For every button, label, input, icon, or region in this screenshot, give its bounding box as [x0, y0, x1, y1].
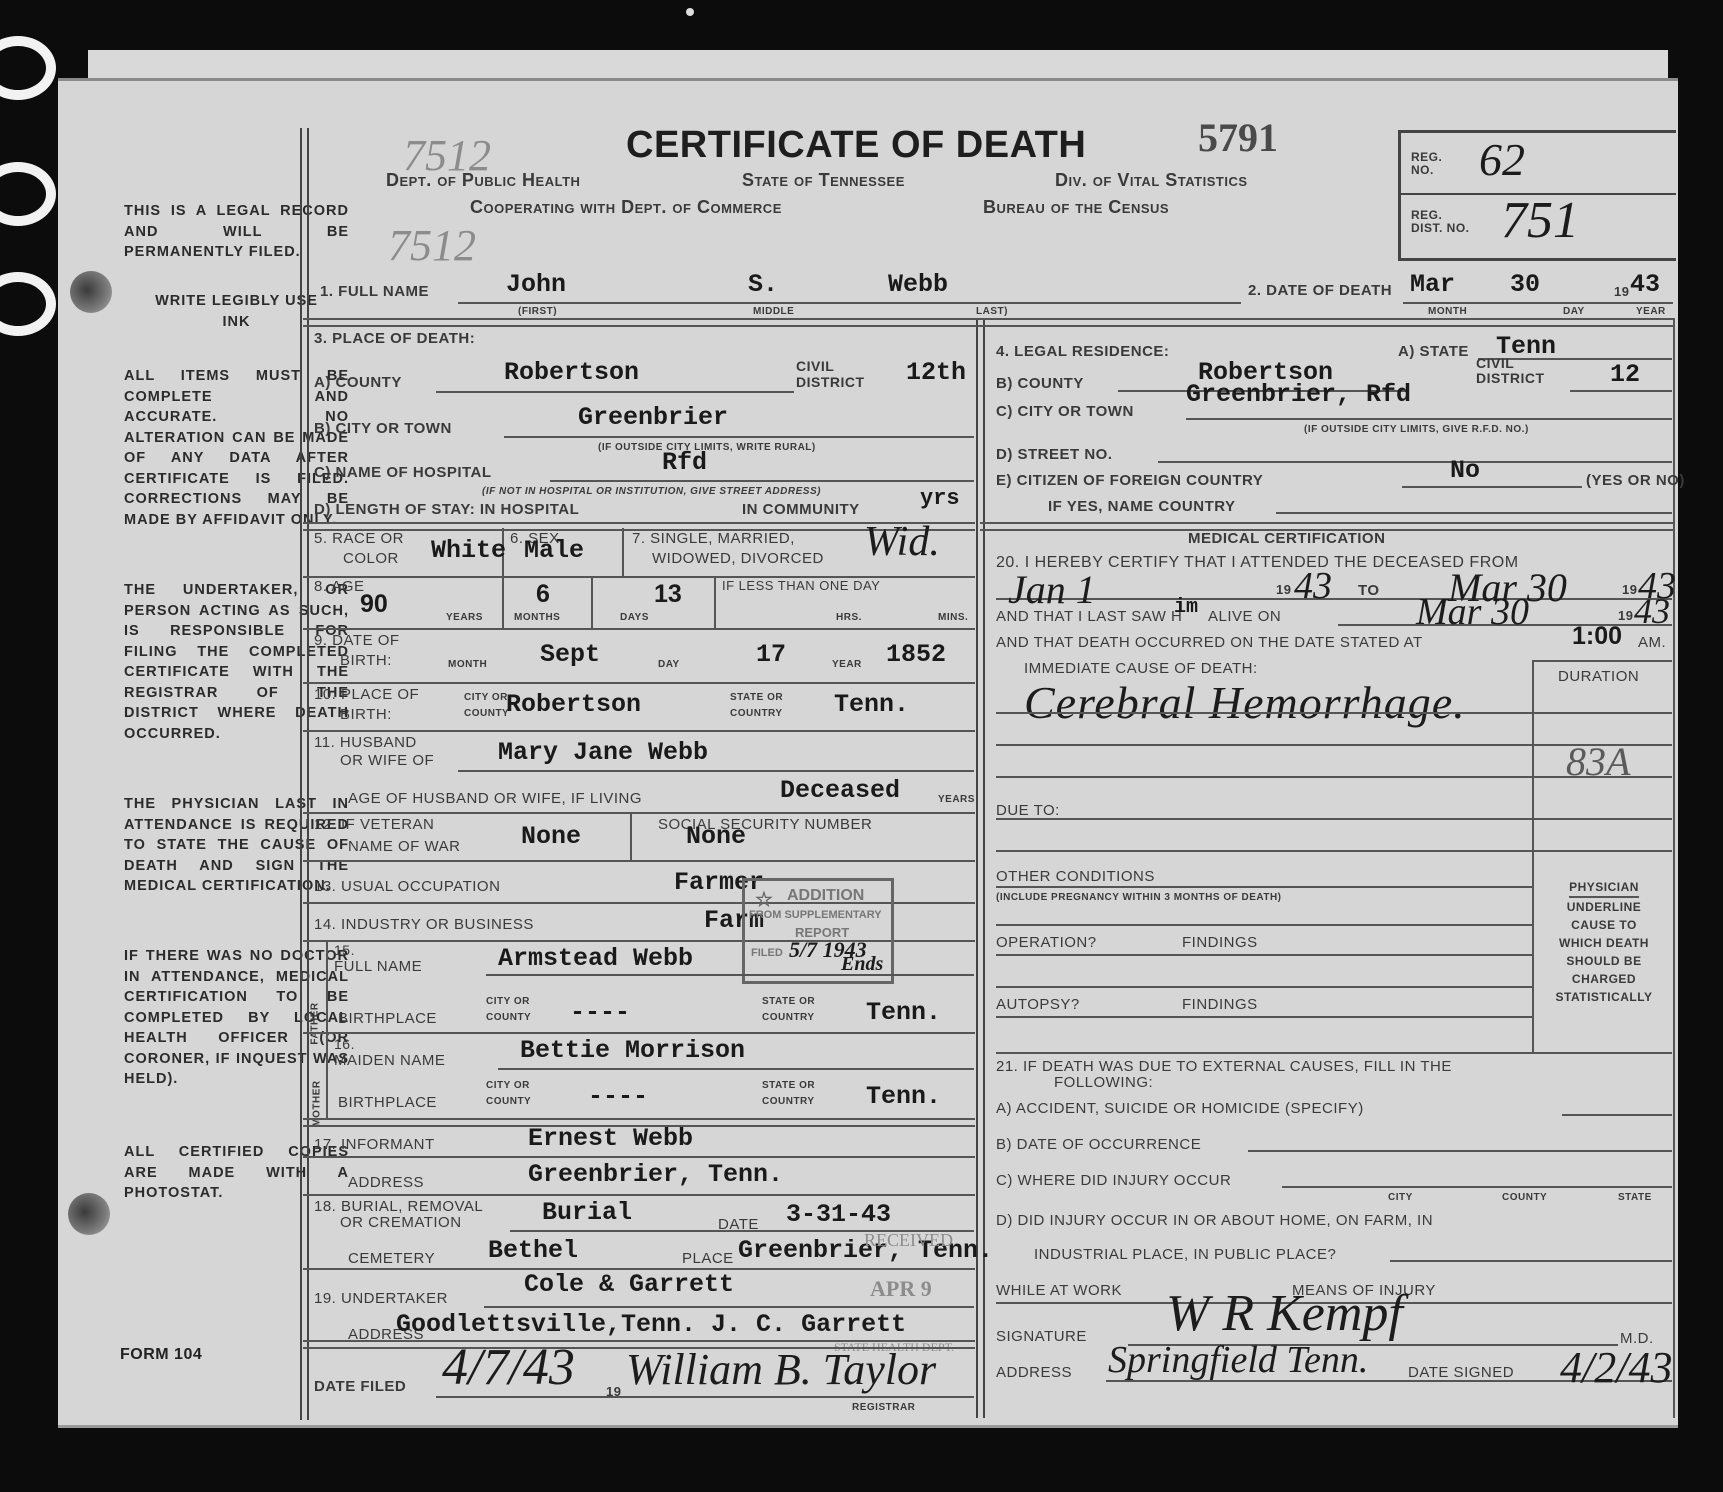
external-causes-label-2: FOLLOWING: [1054, 1074, 1153, 1091]
burial-label-1: 18. BURIAL, REMOVAL [314, 1198, 483, 1215]
due-to-label: DUE TO: [996, 802, 1060, 819]
burial-date-label: DATE [718, 1216, 759, 1233]
reg-dist-label: REG. DIST. NO. [1411, 209, 1471, 235]
addition-supplementary-stamp: ☆ ADDITION FROM SUPPLEMENTARY REPORT FIL… [742, 878, 894, 984]
marital-label-1: 7. SINGLE, MARRIED, [632, 530, 795, 547]
marital-label-2: WIDOWED, DIVORCED [652, 550, 824, 567]
burial-date: 3-31-43 [786, 1200, 891, 1229]
date-signed-label: DATE SIGNED [1408, 1364, 1514, 1381]
note-line: STATISTICALLY [1536, 988, 1672, 1006]
month-label: MONTH [1428, 306, 1467, 317]
film-dot [686, 8, 694, 16]
citizen-foreign-value: No [1450, 456, 1480, 485]
first-label: (FIRST) [518, 306, 557, 317]
received-label: RECEIVED [864, 1230, 953, 1251]
punch-hole [70, 271, 112, 313]
note-line: CHARGED [1536, 970, 1672, 988]
last-saw-year: 43 [1634, 590, 1670, 632]
physician-underline-note: PHYSICIAN UNDERLINE CAUSE TO WHICH DEATH… [1536, 878, 1672, 1006]
reg-no: 62 [1479, 133, 1525, 186]
undertaker-value: Cole & Garrett [524, 1270, 734, 1299]
cause-line-10 [996, 1016, 1532, 1018]
physician-address-label: ADDRESS [996, 1364, 1072, 1381]
to-label: TO [1358, 582, 1380, 599]
cemetery-label: CEMETERY [348, 1250, 435, 1267]
death-city: Greenbrier [578, 403, 728, 432]
external-causes-label-1: 21. IF DEATH WAS DUE TO EXTERNAL CAUSES,… [996, 1058, 1452, 1075]
father-name-line [486, 974, 974, 976]
county-label: A) COUNTY [314, 374, 402, 391]
name-country-label: IF YES, NAME COUNTRY [1048, 498, 1236, 515]
last-saw-date: Mar 30 [1416, 590, 1529, 634]
row-rule [303, 730, 975, 732]
dob-day: 17 [756, 640, 786, 669]
hrs-label: HRS. [836, 612, 862, 623]
street-no-line [1158, 461, 1672, 463]
spouse-years-label: YEARS [938, 794, 975, 805]
row-rule [303, 628, 975, 630]
age-months: 6 [536, 580, 550, 609]
form-number: FORM 104 [120, 1346, 202, 1364]
name-country-line [1276, 512, 1672, 514]
yes-or-no-label: (YES OR NO) [1586, 472, 1685, 489]
row-rule [303, 1194, 975, 1196]
father-state: Tenn. [866, 998, 941, 1027]
operation-label: OPERATION? [996, 934, 1097, 951]
accident-label: A) ACCIDENT, SUICIDE OR HOMICIDE (SPECIF… [996, 1100, 1364, 1117]
cause-line-4 [996, 818, 1672, 820]
less-than-day-label: IF LESS THAN ONE DAY [722, 578, 880, 593]
reg-no-label: REG. NO. [1411, 151, 1451, 177]
accident-line [1562, 1114, 1672, 1116]
date-filed-year-prefix: 19 [606, 1384, 621, 1399]
note-line: CAUSE TO [1536, 916, 1672, 934]
mother-city: ---- [588, 1082, 648, 1111]
last-saw-label-b: ALIVE ON [1208, 608, 1281, 625]
dob-year-label: YEAR [832, 659, 862, 670]
year-label: YEAR [1636, 306, 1666, 317]
city-col-label: CITY [1388, 1192, 1413, 1203]
from-year-prefix: 19 [1276, 582, 1291, 597]
while-at-work-label: WHILE AT WORK [996, 1282, 1122, 1299]
registrar-label: REGISTRAR [852, 1402, 915, 1413]
father-name: Armstead Webb [498, 944, 693, 973]
death-year: 43 [1630, 270, 1660, 299]
dob-label-2: BIRTH: [340, 652, 392, 669]
sex-value: Male [524, 536, 584, 565]
where-injury-line [1282, 1186, 1672, 1188]
note-line: WHICH DEATH [1536, 934, 1672, 952]
back-sheet-edge [88, 50, 1668, 80]
length-of-stay-label: D) LENGTH OF STAY: IN HOSPITAL [314, 501, 579, 518]
father-state-label-1: STATE OR [762, 996, 815, 1007]
mother-city-label-2: COUNTY [486, 1096, 531, 1107]
marital-value: Wid. [864, 518, 940, 566]
date-filed-label: DATE FILED [314, 1378, 406, 1395]
death-month: Mar [1410, 270, 1455, 299]
date-of-death-line [1403, 302, 1673, 304]
civil-district-label: CIVIL DISTRICT [796, 358, 886, 390]
sidebar-legal-record: This is a legal record and will be perma… [124, 201, 349, 263]
physician-signature: W R Kempf [1166, 1284, 1403, 1343]
hospital-line [550, 480, 974, 482]
film-sprocket-hole [0, 36, 56, 100]
veteran-label-1: 12. IF VETERAN [314, 816, 434, 833]
father-state-label-2: COUNTRY [762, 1012, 815, 1023]
cause-line-8 [996, 954, 1532, 956]
death-occurred-label: AND THAT DEATH OCCURRED ON THE DATE STAT… [996, 634, 1423, 651]
state-col-label: STATE [1618, 1192, 1652, 1203]
veteran-label-2: NAME OF WAR [348, 838, 460, 855]
autopsy-findings-label: FINDINGS [1182, 996, 1258, 1013]
informant-label: 17. INFORMANT [314, 1136, 435, 1153]
death-time: 1:00 [1572, 622, 1622, 651]
date-occurrence-label: B) DATE OF OCCURRENCE [996, 1136, 1201, 1153]
note-line: SHOULD BE [1536, 952, 1672, 970]
pob-label-2: BIRTH: [340, 706, 392, 723]
cause-line-7 [996, 924, 1532, 926]
last-saw-label-a: AND THAT I LAST SAW H [996, 608, 1182, 625]
burial-value: Burial [542, 1198, 632, 1227]
residence-city-line [1186, 418, 1672, 420]
mins-label: MINS. [938, 612, 968, 623]
attended-from: Jan 1 [1008, 566, 1096, 613]
residence-civil-district-line [1570, 390, 1672, 392]
county-line [436, 391, 794, 393]
immediate-cause: Cerebral Hemorrhage. [1024, 676, 1466, 729]
informant-address-label: ADDRESS [348, 1174, 424, 1191]
undertaker-address: Goodlettsville,Tenn. J. C. Garrett [396, 1310, 906, 1339]
place-of-death-label: 3. PLACE OF DEATH: [314, 330, 475, 347]
cell-divider [591, 576, 593, 628]
div-vital-statistics: Div. of Vital Statistics [1055, 170, 1248, 191]
cause-line-1 [996, 712, 1672, 714]
immediate-cause-label: IMMEDIATE CAUSE OF DEATH: [1024, 660, 1258, 677]
pob-city-label-2: COUNTY [464, 708, 509, 719]
duration-column-divider [1532, 660, 1534, 1052]
spouse-age-label: AGE OF HUSBAND OR WIFE, IF LIVING [348, 790, 642, 807]
father-name-label: FULL NAME [334, 958, 422, 975]
ssn-value: None [686, 822, 746, 851]
street-no-label: D) STREET NO. [996, 446, 1113, 463]
citizen-foreign-label: E) CITIZEN OF FOREIGN COUNTRY [996, 472, 1263, 489]
legal-residence-label: 4. LEGAL RESIDENCE: [996, 343, 1169, 360]
mother-state: Tenn. [866, 1082, 941, 1111]
reg-dist-no: 751 [1501, 191, 1579, 250]
punch-hole [68, 1193, 110, 1235]
row-rule [303, 1032, 975, 1034]
from-year: 43 [1294, 564, 1332, 608]
cause-line-5 [996, 850, 1672, 852]
duration-label: DURATION [1558, 668, 1639, 685]
spouse-age: Deceased [780, 776, 900, 805]
cell-divider [502, 576, 504, 628]
film-sprocket-hole [0, 162, 56, 226]
injury-place-line [1390, 1260, 1672, 1262]
father-city-label-1: CITY OR [486, 996, 530, 1007]
medical-certification-title: MEDICAL CERTIFICATION [1188, 530, 1385, 547]
bureau-of-census: Bureau of the Census [983, 197, 1169, 218]
signature-label: SIGNATURE [996, 1328, 1087, 1345]
death-day: 30 [1510, 270, 1540, 299]
residence-civil-district: 12 [1610, 360, 1640, 389]
age-days: 13 [654, 580, 682, 609]
father-birthplace-label: BIRTHPLACE [338, 1010, 437, 1027]
dob-label-1: 9. DATE OF [314, 632, 400, 649]
mother-state-label-2: COUNTRY [762, 1096, 815, 1107]
row-rule [303, 682, 975, 684]
undertaker-line [484, 1306, 974, 1308]
injury-place-label-1: D) DID INJURY OCCUR IN OR ABOUT HOME, ON… [996, 1212, 1433, 1229]
dob-month: Sept [540, 640, 600, 669]
sidebar-undertaker: The undertaker, or person acting as such… [124, 580, 349, 744]
mother-state-label-1: STATE OR [762, 1080, 815, 1091]
autopsy-label: AUTOPSY? [996, 996, 1080, 1013]
cause-line-6 [996, 886, 1532, 888]
physician-address: Springfield Tenn. [1108, 1338, 1368, 1382]
residence-civil-district-label: CIVIL DISTRICT [1476, 356, 1566, 386]
pob-city: Robertson [506, 690, 641, 719]
death-county: Robertson [504, 358, 639, 387]
other-conditions-label: OTHER CONDITIONS [996, 868, 1155, 885]
film-sprocket-hole [0, 272, 56, 336]
cause-line-11 [996, 1052, 1672, 1054]
veteran-war: None [521, 822, 581, 851]
death-year-prefix: 19 [1614, 284, 1629, 299]
race-label-2: COLOR [343, 550, 399, 567]
stamp-addition: ADDITION [787, 887, 864, 905]
mother-num: 16. [334, 1036, 355, 1052]
community-stay: yrs [920, 486, 960, 511]
cause-line-9 [996, 986, 1532, 988]
middle-name: S. [748, 270, 778, 299]
note-line: PHYSICIAN [1569, 878, 1639, 898]
residence-city-note: (IF OUTSIDE CITY LIMITS, GIVE R.F.D. NO.… [1304, 424, 1529, 435]
cell-divider [714, 576, 716, 628]
cell-divider [622, 528, 624, 576]
residence-city-label: C) CITY OR TOWN [996, 403, 1134, 420]
row-rule [303, 1156, 975, 1158]
county-col-label: COUNTY [1502, 1192, 1547, 1203]
father-city-label-2: COUNTY [486, 1012, 531, 1023]
residence-state-label: A) STATE [1398, 343, 1469, 360]
certificate-document: This is a legal record and will be perma… [58, 78, 1678, 1428]
pob-city-label-1: CITY OR [464, 692, 508, 703]
middle-label: MIDDLE [753, 306, 794, 317]
where-injury-label: C) WHERE DID INJURY OCCUR [996, 1172, 1231, 1189]
residence-city: Greenbrier, Rfd [1186, 380, 1411, 409]
cooperating-dept-commerce: Cooperating with Dept. of Commerce [470, 197, 782, 218]
full-name-label: 1. FULL NAME [320, 283, 429, 300]
months-label: MONTHS [514, 612, 560, 623]
duration-value: 83A [1566, 738, 1630, 785]
date-signed: 4/2/43 [1560, 1342, 1672, 1393]
full-name-line [458, 302, 1241, 304]
other-conditions-note: (INCLUDE PREGNANCY WITHIN 3 MONTHS OF DE… [996, 892, 1282, 903]
father-num: 15. [334, 942, 355, 958]
informant-address: Greenbrier, Tenn. [528, 1160, 783, 1189]
mother-birthplace-label: BIRTHPLACE [338, 1094, 437, 1111]
pencil-file-number-bottom: 7512 [388, 220, 476, 271]
row-rule [303, 860, 975, 862]
spouse-label-2: OR WIFE OF [340, 752, 434, 769]
cemetery-value: Bethel [488, 1236, 578, 1265]
city-label: B) CITY OR TOWN [314, 420, 452, 437]
father-side-label: FATHER [310, 1002, 321, 1044]
date-occurrence-line [1248, 1150, 1672, 1152]
stamp-initials: Ends [841, 953, 883, 976]
dob-month-label: MONTH [448, 659, 487, 670]
mother-name: Bettie Morrison [520, 1036, 745, 1065]
mother-name-line [498, 1068, 974, 1070]
death-civil-district: 12th [906, 358, 966, 387]
day-label: DAY [1563, 306, 1585, 317]
pob-state: Tenn. [834, 690, 909, 719]
hospital-label: C) NAME OF HOSPITAL [314, 464, 492, 481]
cell-divider [630, 812, 632, 860]
stamp-filed: FILED [751, 947, 783, 959]
hospital-name: Rfd [662, 448, 707, 477]
last-saw-year-prefix: 19 [1618, 608, 1633, 623]
last-saw-him: im [1174, 596, 1198, 619]
dob-year: 1852 [886, 640, 946, 669]
industry-label: 14. INDUSTRY OR BUSINESS [314, 916, 534, 933]
undertaker-label: 19. UNDERTAKER [314, 1290, 448, 1307]
duration-top-rule [1532, 660, 1672, 662]
pob-state-label-2: COUNTRY [730, 708, 783, 719]
mother-name-label: MAIDEN NAME [334, 1052, 445, 1069]
spouse-name: Mary Jane Webb [498, 738, 708, 767]
pob-state-label-1: STATE OR [730, 692, 783, 703]
reg-box: REG. NO. 62 REG. DIST. NO. 751 [1398, 130, 1676, 261]
race-label-1: 5. RACE OR [314, 530, 404, 547]
attended-line [996, 598, 1672, 600]
last-label: LAST) [976, 306, 1008, 317]
city-line [504, 436, 974, 438]
spouse-line [458, 770, 974, 772]
state-of-tennessee: State of Tennessee [742, 170, 905, 191]
residence-county-label: B) COUNTY [996, 375, 1084, 392]
page-title: CERTIFICATE OF DEATH [626, 124, 1086, 167]
dob-day-label: DAY [658, 659, 680, 670]
certificate-number: 5791 [1198, 114, 1278, 161]
date-filed-value: 4/7/43 [442, 1338, 575, 1397]
days-label: DAYS [620, 612, 649, 623]
registrar-signature: William B. Taylor [626, 1344, 936, 1395]
mother-city-label-1: CITY OR [486, 1080, 530, 1091]
note-line: UNDERLINE [1536, 898, 1672, 916]
occupation-label: 13. USUAL OCCUPATION [314, 878, 500, 895]
last-name: Webb [888, 270, 948, 299]
pob-label-1: 10. PLACE OF [314, 686, 419, 703]
age-label: 8. AGE [314, 578, 365, 595]
informant-name: Ernest Webb [528, 1124, 693, 1153]
received-date: APR 9 [870, 1276, 932, 1302]
citizen-foreign-line [1402, 486, 1582, 488]
stamp-from-supplementary: FROM SUPPLEMENTARY [749, 909, 882, 921]
spouse-label-1: 11. HUSBAND [314, 734, 417, 751]
injury-place-label-2: INDUSTRIAL PLACE, IN PUBLIC PLACE? [1034, 1246, 1336, 1263]
death-ampm: AM. [1638, 634, 1666, 651]
years-label: YEARS [446, 612, 483, 623]
in-community-label: IN COMMUNITY [742, 501, 860, 518]
age-years: 90 [360, 590, 388, 619]
date-of-death-label: 2. DATE OF DEATH [1248, 282, 1392, 299]
burial-label-2: OR CREMATION [340, 1214, 462, 1231]
race-value: White [431, 536, 506, 565]
header-rule [303, 318, 1675, 327]
operation-findings-label: FINDINGS [1182, 934, 1258, 951]
father-city: ---- [570, 998, 630, 1027]
parent-side-divider [326, 940, 328, 1118]
hospital-note: (IF NOT IN HOSPITAL OR INSTITUTION, GIVE… [482, 486, 821, 497]
place-label: PLACE [682, 1250, 734, 1267]
row-rule [303, 812, 975, 814]
dept-public-health: Dept. of Public Health [386, 170, 580, 191]
first-name: John [506, 270, 566, 299]
